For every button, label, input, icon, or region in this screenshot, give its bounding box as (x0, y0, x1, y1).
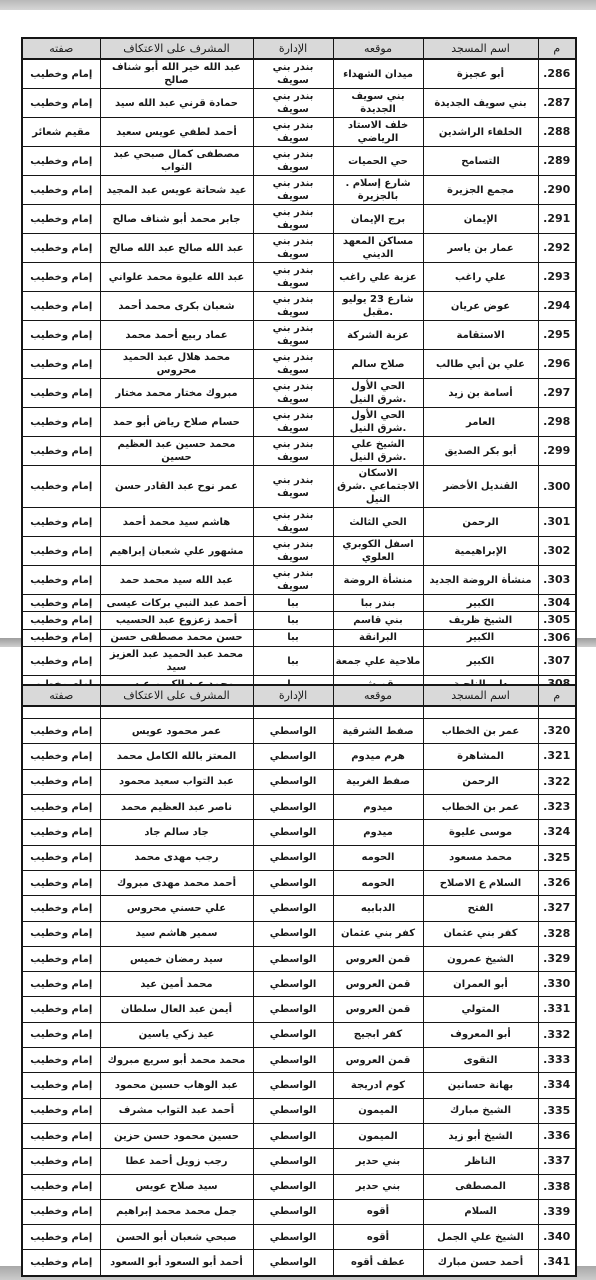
location-cell: صفط الغربية (333, 769, 423, 794)
table-row: .338المصطفىبني حديرالواسطيسيد صلاح عويسإ… (22, 1174, 576, 1199)
location-cell: اسفل الكوبري العلوي (333, 537, 423, 566)
location-cell: منشأة الروضة (333, 566, 423, 595)
location-cell: بني قاسم (333, 612, 423, 629)
table-row: .333التقوىقمن العروسالواسطيمحمد محمد أبو… (22, 1048, 576, 1073)
mosque-name-cell: السلام (423, 1199, 538, 1224)
role-cell: إمام وخطيب (22, 147, 100, 176)
mosque-name-cell: التقوى (423, 1048, 538, 1073)
supervisor-cell: أحمد عبد التواب مشرف (100, 1098, 253, 1123)
row-number-cell: .324 (538, 820, 576, 845)
row-number-cell: .323 (538, 795, 576, 820)
administration-cell: بندر بني سويف (253, 205, 333, 234)
role-cell: إمام وخطيب (22, 408, 100, 437)
location-cell: الميمون (333, 1123, 423, 1148)
supervisor-cell: مشهور علي شعبان إبراهيم (100, 537, 253, 566)
administration-cell: بندر بني سويف (253, 263, 333, 292)
table-row: .289التسامححي الحمياتبندر بني سويفمصطفى … (22, 147, 576, 176)
role-cell: إمام وخطيب (22, 205, 100, 234)
supervisor-cell: عبد الله سيد محمد حمد (100, 566, 253, 595)
supervisor-cell: عبد الله عليوة محمد علواني (100, 263, 253, 292)
mosque-name-cell: عمر بن الخطاب (423, 719, 538, 744)
row-number-cell: .298 (538, 408, 576, 437)
mosque-name-cell: التسامح (423, 147, 538, 176)
role-cell: إمام وخطيب (22, 1199, 100, 1224)
administration-cell: الواسطي (253, 744, 333, 769)
mosque-name-cell: بهانة حسانين (423, 1073, 538, 1098)
administration-cell: الواسطي (253, 1048, 333, 1073)
row-number-cell: .335 (538, 1098, 576, 1123)
mosque-name-cell: أبو عجيزة (423, 59, 538, 89)
table-row: .341أحمد حسن مباركعطف أقوهالواسطيأحمد أب… (22, 1250, 576, 1276)
administration-cell: بندر بني سويف (253, 321, 333, 350)
table-row: .320عمر بن الخطابصفط الشرقيةالواسطيعمر م… (22, 719, 576, 744)
empty-cell (333, 706, 423, 719)
supervisor-cell: أحمد لطفي عويس سعيد (100, 118, 253, 147)
supervisor-cell: حسن محمد مصطفى حسن (100, 629, 253, 646)
table-row: .306الكبيرالبرانقةبباحسن محمد مصطفى حسنإ… (22, 629, 576, 646)
row-number-cell: .332 (538, 1022, 576, 1047)
scan-edge-top (0, 0, 596, 10)
mosque-name-cell: أبو المعروف (423, 1022, 538, 1047)
supervisor-cell: المعتز بالله الكامل محمد (100, 744, 253, 769)
row-number-cell: .307 (538, 647, 576, 676)
table-row: .288الخلفاء الراشدينخلف الاستاد الرياضيب… (22, 118, 576, 147)
role-cell: إمام وخطيب (22, 946, 100, 971)
column-header-role: صفته (22, 38, 100, 59)
role-cell: إمام وخطيب (22, 595, 100, 612)
location-cell: صفط الشرقية (333, 719, 423, 744)
mosque-name-cell: المتولي (423, 997, 538, 1022)
row-number-cell: .287 (538, 89, 576, 118)
row-number-cell: .294 (538, 292, 576, 321)
row-number-cell: .341 (538, 1250, 576, 1276)
mosque-name-cell: الناظر (423, 1149, 538, 1174)
administration-cell: بندر بني سويف (253, 176, 333, 205)
location-cell: الشيخ علي .شرق النيل (333, 437, 423, 466)
role-cell: مقيم شعائر (22, 118, 100, 147)
administration-cell: الواسطي (253, 719, 333, 744)
column-header-admin: الإدارة (253, 38, 333, 59)
administration-cell: بندر بني سويف (253, 466, 333, 508)
table-row: .295الاستقامةعزبة الشركةبندر بني سويفعما… (22, 321, 576, 350)
table-header: ماسم المسجدموقعهالإدارةالمشرف على الاعتك… (22, 685, 576, 706)
role-cell: إمام وخطيب (22, 1073, 100, 1098)
mosque-name-cell: موسى عليوة (423, 820, 538, 845)
role-cell: إمام وخطيب (22, 845, 100, 870)
role-cell: إمام وخطيب (22, 234, 100, 263)
row-number-cell: .289 (538, 147, 576, 176)
supervisor-cell: أحمد محمد مهدى مبروك (100, 870, 253, 895)
role-cell: إمام وخطيب (22, 508, 100, 537)
supervisor-cell: أحمد أبو السعود أبو السعود (100, 1250, 253, 1276)
empty-cell (22, 706, 100, 719)
mosque-name-cell: عوض عريان (423, 292, 538, 321)
role-cell: إمام وخطيب (22, 744, 100, 769)
supervisor-cell: مبروك مختار محمد مختار (100, 379, 253, 408)
table-row: .287بني سويف الجديدةبني سويف الجديدةبندر… (22, 89, 576, 118)
administration-cell: بندر بني سويف (253, 537, 333, 566)
location-cell: الاسكان الاجتماعي .شرق النيل (333, 466, 423, 508)
row-number-cell: .290 (538, 176, 576, 205)
administration-cell: بندر بني سويف (253, 234, 333, 263)
role-cell: إمام وخطيب (22, 719, 100, 744)
location-cell: خلف الاستاد الرياضي (333, 118, 423, 147)
table-row: .292عمار بن ياسرمساكن المعهد الدينيبندر … (22, 234, 576, 263)
supervisor-cell: عبد الله صالح عبد الله صالح (100, 234, 253, 263)
location-cell: حي الحميات (333, 147, 423, 176)
administration-cell: الواسطي (253, 1123, 333, 1148)
row-number-cell: .304 (538, 595, 576, 612)
table-row: .327الفتحالدبابيهالواسطيعلي حسني محروسإم… (22, 896, 576, 921)
administration-cell: الواسطي (253, 972, 333, 997)
row-number-cell: .322 (538, 769, 576, 794)
row-number-cell: .333 (538, 1048, 576, 1073)
column-header-supervisor: المشرف على الاعتكاف (100, 685, 253, 706)
supervisor-cell: ناصر عبد العظيم محمد (100, 795, 253, 820)
supervisor-cell: عمر نوح عبد القادر حسن (100, 466, 253, 508)
mosque-name-cell: الشيخ ظريف (423, 612, 538, 629)
administration-cell: بندر بني سويف (253, 350, 333, 379)
empty-cell (423, 706, 538, 719)
role-cell: إمام وخطيب (22, 921, 100, 946)
supervisor-cell: هاشم سيد محمد أحمد (100, 508, 253, 537)
role-cell: إمام وخطيب (22, 292, 100, 321)
table-row: .298العامرالحي الأول .شرق النيلبندر بني … (22, 408, 576, 437)
table-body: .320عمر بن الخطابصفط الشرقيةالواسطيعمر م… (22, 706, 576, 1276)
row-number-cell: .301 (538, 508, 576, 537)
row-number-cell: .305 (538, 612, 576, 629)
column-header-mosque: اسم المسجد (423, 685, 538, 706)
column-header-supervisor: المشرف على الاعتكاف (100, 38, 253, 59)
administration-cell: ببا (253, 612, 333, 629)
location-cell: هرم ميدوم (333, 744, 423, 769)
supervisor-cell: سيد رمضان خميس (100, 946, 253, 971)
row-number-cell: .330 (538, 972, 576, 997)
row-number-cell: .338 (538, 1174, 576, 1199)
row-number-cell: .302 (538, 537, 576, 566)
mosque-name-cell: السلام ع الاصلاح (423, 870, 538, 895)
location-cell: عزبة الشركة (333, 321, 423, 350)
mosque-name-cell: القنديل الأخضر (423, 466, 538, 508)
supervisor-cell: علي حسني محروس (100, 896, 253, 921)
administration-cell: الواسطي (253, 870, 333, 895)
administration-cell: الواسطي (253, 795, 333, 820)
row-number-cell: .321 (538, 744, 576, 769)
role-cell: إمام وخطيب (22, 176, 100, 205)
mosque-name-cell: المصطفى (423, 1174, 538, 1199)
mosque-name-cell: أسامة بن زيد (423, 379, 538, 408)
table-row: .339السلامأقوهالواسطيجمل محمد محمد إبراه… (22, 1199, 576, 1224)
column-header-num: م (538, 38, 576, 59)
supervisor-cell: عيد شحاتة عويس عبد المجيد (100, 176, 253, 205)
table-row: .290مجمع الجزيرةشارع إسلام . بالجزيرةبند… (22, 176, 576, 205)
role-cell: إمام وخطيب (22, 89, 100, 118)
location-cell: عزبة علي راغب (333, 263, 423, 292)
table-row: .330أبو العمرانقمن العروسالواسطيمحمد أمي… (22, 972, 576, 997)
row-number-cell: .288 (538, 118, 576, 147)
row-number-cell: .300 (538, 466, 576, 508)
mosque-name-cell: الشيخ مبارك (423, 1098, 538, 1123)
administration-cell: الواسطي (253, 845, 333, 870)
row-number-cell: .303 (538, 566, 576, 595)
role-cell: إمام وخطيب (22, 1048, 100, 1073)
location-cell: شارع 23 يوليو .مقبل (333, 292, 423, 321)
supervisor-cell: حسين محمود حسن حزين (100, 1123, 253, 1148)
location-cell: قمن العروس (333, 997, 423, 1022)
row-number-cell: .296 (538, 350, 576, 379)
supervisor-cell: عمر محمود عويس (100, 719, 253, 744)
administration-cell: بندر بني سويف (253, 508, 333, 537)
table-row: .329الشيخ عمرونقمن العروسالواسطيسيد رمضا… (22, 946, 576, 971)
administration-cell: الواسطي (253, 896, 333, 921)
location-cell: الحومه (333, 870, 423, 895)
row-number-cell: .292 (538, 234, 576, 263)
table-row: .299أبو بكر الصديقالشيخ علي .شرق النيلبن… (22, 437, 576, 466)
table-row: .331المتوليقمن العروسالواسطيأيمن عبد الع… (22, 997, 576, 1022)
role-cell: إمام وخطيب (22, 647, 100, 676)
administration-cell: الواسطي (253, 997, 333, 1022)
location-cell: الميمون (333, 1098, 423, 1123)
column-header-role: صفته (22, 685, 100, 706)
location-cell: الحومه (333, 845, 423, 870)
supervisor-cell: جابر محمد أبو شناف صالح (100, 205, 253, 234)
row-number-cell: .297 (538, 379, 576, 408)
role-cell: إمام وخطيب (22, 59, 100, 89)
location-cell: بني حدير (333, 1149, 423, 1174)
table-row: .294عوض عريانشارع 23 يوليو .مقبلبندر بني… (22, 292, 576, 321)
role-cell: إمام وخطيب (22, 612, 100, 629)
administration-cell: ببا (253, 595, 333, 612)
location-cell: شارع إسلام . بالجزيرة (333, 176, 423, 205)
supervisor-cell: حسام صلاح رياض أبو حمد (100, 408, 253, 437)
mosques-table-page-2: ماسم المسجدموقعهالإدارةالمشرف على الاعتك… (21, 684, 577, 1277)
column-header-mosque: اسم المسجد (423, 38, 538, 59)
location-cell: الحي الأول .شرق النيل (333, 379, 423, 408)
table-row: .328كفر بني عثمانكفر بني عثمانالواسطيسمي… (22, 921, 576, 946)
mosque-name-cell: بني سويف الجديدة (423, 89, 538, 118)
supervisor-cell: محمد عبد الحميد عبد العزيز سيد (100, 647, 253, 676)
administration-cell: الواسطي (253, 1225, 333, 1250)
administration-cell: بندر بني سويف (253, 59, 333, 89)
row-number-cell: .299 (538, 437, 576, 466)
administration-cell: الواسطي (253, 921, 333, 946)
table-row: .340الشيخ علي الجملأقوهالواسطيصبحي شعبان… (22, 1225, 576, 1250)
mosque-name-cell: الاستقامة (423, 321, 538, 350)
administration-cell: الواسطي (253, 1174, 333, 1199)
supervisor-cell: سمير هاشم سيد (100, 921, 253, 946)
administration-cell: بندر بني سويف (253, 379, 333, 408)
location-cell: ملاحية علي جمعة (333, 647, 423, 676)
administration-cell: الواسطي (253, 1149, 333, 1174)
location-cell: الدبابيه (333, 896, 423, 921)
row-number-cell: .320 (538, 719, 576, 744)
mosque-name-cell: محمد مسعود (423, 845, 538, 870)
table-row: .336الشيخ أبو زيدالميمونالواسطيحسين محمو… (22, 1123, 576, 1148)
role-cell: إمام وخطيب (22, 263, 100, 292)
role-cell: إمام وخطيب (22, 870, 100, 895)
table-header: ماسم المسجدموقعهالإدارةالمشرف على الاعتك… (22, 38, 576, 59)
table-row: .322الرحمنصفط الغربيةالواسطيعبد التواب س… (22, 769, 576, 794)
administration-cell: الواسطي (253, 1073, 333, 1098)
location-cell: قمن العروس (333, 972, 423, 997)
supervisor-cell: شعبان بكرى محمد أحمد (100, 292, 253, 321)
column-header-num: م (538, 685, 576, 706)
supervisor-cell: حمادة قرني عبد الله سيد (100, 89, 253, 118)
mosque-name-cell: الإيمان (423, 205, 538, 234)
location-cell: بني سويف الجديدة (333, 89, 423, 118)
supervisor-cell: محمد أمين عيد (100, 972, 253, 997)
location-cell: مساكن المعهد الديني (333, 234, 423, 263)
role-cell: إمام وخطيب (22, 566, 100, 595)
location-cell: أقوه (333, 1199, 423, 1224)
role-cell: إمام وخطيب (22, 466, 100, 508)
role-cell: إمام وخطيب (22, 1098, 100, 1123)
administration-cell: بندر بني سويف (253, 118, 333, 147)
administration-cell: الواسطي (253, 1199, 333, 1224)
administration-cell: الواسطي (253, 1250, 333, 1276)
column-header-location: موقعه (333, 38, 423, 59)
header-row: ماسم المسجدموقعهالإدارةالمشرف على الاعتك… (22, 685, 576, 706)
row-number-cell: .339 (538, 1199, 576, 1224)
location-cell: كفر ابجيج (333, 1022, 423, 1047)
supervisor-cell: عيد زكي ياسين (100, 1022, 253, 1047)
role-cell: إمام وخطيب (22, 972, 100, 997)
mosque-name-cell: أبو العمران (423, 972, 538, 997)
location-cell: البرانقة (333, 629, 423, 646)
table-row: .337الناظربني حديرالواسطيرجب زويل أحمد ع… (22, 1149, 576, 1174)
location-cell: الحي الثالث (333, 508, 423, 537)
mosque-name-cell: الرحمن (423, 508, 538, 537)
row-number-cell: .295 (538, 321, 576, 350)
location-cell: بندر ببا (333, 595, 423, 612)
role-cell: إمام وخطيب (22, 1123, 100, 1148)
location-cell: قمن العروس (333, 1048, 423, 1073)
mosque-name-cell: مجمع الجزيرة (423, 176, 538, 205)
row-number-cell: .327 (538, 896, 576, 921)
scanned-document-page: { "columns": { "num": "م", "mosque": "اس… (0, 0, 596, 1280)
table-row: .297أسامة بن زيدالحي الأول .شرق النيلبند… (22, 379, 576, 408)
location-cell: قمن العروس (333, 946, 423, 971)
column-header-admin: الإدارة (253, 685, 333, 706)
table-row: .296علي بن أبي طالبصلاح سالمبندر بني سوي… (22, 350, 576, 379)
location-cell: برج الإيمان (333, 205, 423, 234)
supervisor-cell: محمد حسين عبد العظيم حسين (100, 437, 253, 466)
row-number-cell: .334 (538, 1073, 576, 1098)
empty-spacer-row (22, 706, 576, 719)
table-row: .321المشاهرةهرم ميدومالواسطيالمعتز بالله… (22, 744, 576, 769)
mosque-name-cell: أبو بكر الصديق (423, 437, 538, 466)
location-cell: ميدوم (333, 795, 423, 820)
row-number-cell: .337 (538, 1149, 576, 1174)
role-cell: إمام وخطيب (22, 437, 100, 466)
supervisor-cell: جمل محمد محمد إبراهيم (100, 1199, 253, 1224)
mosque-name-cell: علي راغب (423, 263, 538, 292)
row-number-cell: .286 (538, 59, 576, 89)
administration-cell: ببا (253, 647, 333, 676)
supervisor-cell: عبد الوهاب حسين محمود (100, 1073, 253, 1098)
role-cell: إمام وخطيب (22, 537, 100, 566)
role-cell: إمام وخطيب (22, 1174, 100, 1199)
mosque-name-cell: علي بن أبي طالب (423, 350, 538, 379)
table-row: .304الكبيربندر ببابباأحمد عبد النبي بركا… (22, 595, 576, 612)
mosque-name-cell: الكبير (423, 595, 538, 612)
row-number-cell: .340 (538, 1225, 576, 1250)
table-row: .307الكبيرملاحية علي جمعةببامحمد عبد الح… (22, 647, 576, 676)
row-number-cell: .293 (538, 263, 576, 292)
supervisor-cell: محمد هلال عبد الحميد محروس (100, 350, 253, 379)
row-number-cell: .336 (538, 1123, 576, 1148)
role-cell: إمام وخطيب (22, 769, 100, 794)
table-row: .293علي راغبعزبة علي راغببندر بني سويفعب… (22, 263, 576, 292)
mosque-name-cell: عمار بن ياسر (423, 234, 538, 263)
supervisor-cell: مصطفى كمال صبحي عبد التواب (100, 147, 253, 176)
administration-cell: بندر بني سويف (253, 292, 333, 321)
table-row: .332أبو المعروفكفر ابجيجالواسطيعيد زكي ي… (22, 1022, 576, 1047)
table-row: .325محمد مسعودالحومهالواسطيرجب مهدى محمد… (22, 845, 576, 870)
role-cell: إمام وخطيب (22, 379, 100, 408)
mosque-name-cell: الكبير (423, 629, 538, 646)
administration-cell: الواسطي (253, 1022, 333, 1047)
empty-cell (100, 706, 253, 719)
supervisor-cell: محمد محمد أبو سريع مبروك (100, 1048, 253, 1073)
mosque-name-cell: الإبراهيمية (423, 537, 538, 566)
mosque-name-cell: الفتح (423, 896, 538, 921)
administration-cell: بندر بني سويف (253, 408, 333, 437)
supervisor-cell: أحمد عبد النبي بركات عيسى (100, 595, 253, 612)
table-row: .323عمر بن الخطابميدومالواسطيناصر عبد ال… (22, 795, 576, 820)
supervisor-cell: رجب زويل أحمد عطا (100, 1149, 253, 1174)
table-row: .291الإيمانبرج الإيمانبندر بني سويفجابر … (22, 205, 576, 234)
role-cell: إمام وخطيب (22, 1149, 100, 1174)
row-number-cell: .291 (538, 205, 576, 234)
mosque-name-cell: أحمد حسن مبارك (423, 1250, 538, 1276)
mosque-name-cell: المشاهرة (423, 744, 538, 769)
role-cell: إمام وخطيب (22, 1250, 100, 1276)
row-number-cell: .328 (538, 921, 576, 946)
supervisor-cell: أحمد زعزوع عبد الحسيب (100, 612, 253, 629)
row-number-cell: .331 (538, 997, 576, 1022)
location-cell: الحي الأول .شرق النيل (333, 408, 423, 437)
role-cell: إمام وخطيب (22, 350, 100, 379)
role-cell: إمام وخطيب (22, 629, 100, 646)
location-cell: كفر بني عثمان (333, 921, 423, 946)
table-row: .301الرحمنالحي الثالثبندر بني سويفهاشم س… (22, 508, 576, 537)
administration-cell: بندر بني سويف (253, 89, 333, 118)
table-row: .326السلام ع الاصلاحالحومهالواسطيأحمد مح… (22, 870, 576, 895)
row-number-cell: .325 (538, 845, 576, 870)
administration-cell: الواسطي (253, 946, 333, 971)
administration-cell: بندر بني سويف (253, 566, 333, 595)
mosque-name-cell: الكبير (423, 647, 538, 676)
table-row: .305الشيخ ظريفبني قاسمبباأحمد زعزوع عبد … (22, 612, 576, 629)
role-cell: إمام وخطيب (22, 896, 100, 921)
mosque-name-cell: كفر بني عثمان (423, 921, 538, 946)
location-cell: كوم ادريجة (333, 1073, 423, 1098)
column-header-location: موقعه (333, 685, 423, 706)
mosque-name-cell: الرحمن (423, 769, 538, 794)
supervisor-cell: رجب مهدى محمد (100, 845, 253, 870)
administration-cell: بندر بني سويف (253, 437, 333, 466)
mosque-name-cell: الشيخ عمرون (423, 946, 538, 971)
supervisor-cell: عماد ربيع أحمد محمد (100, 321, 253, 350)
row-number-cell: .326 (538, 870, 576, 895)
mosque-name-cell: العامر (423, 408, 538, 437)
supervisor-cell: سيد صلاح عويس (100, 1174, 253, 1199)
location-cell: بني حدير (333, 1174, 423, 1199)
table-row: .324موسى عليوةميدومالواسطيجاد سالم جادإم… (22, 820, 576, 845)
row-number-cell: .329 (538, 946, 576, 971)
table-row: .300القنديل الأخضرالاسكان الاجتماعي .شرق… (22, 466, 576, 508)
